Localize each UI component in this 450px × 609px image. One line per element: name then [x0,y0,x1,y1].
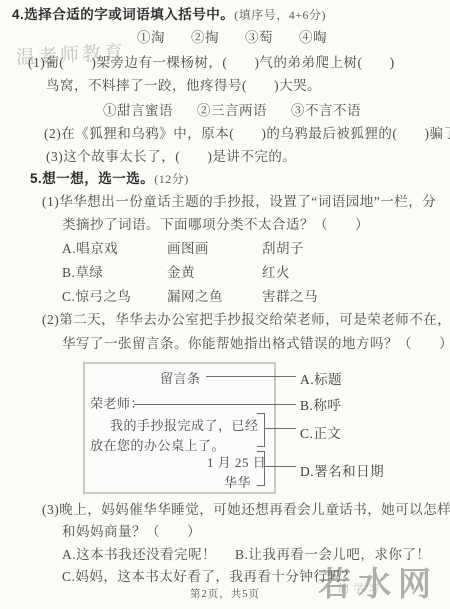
q5-choice-a1: A.唱京戏 [62,241,118,257]
note-title: 留言条 [160,368,201,387]
note-label-b: B.称呼 [300,394,341,414]
q4-item3: (3)这个故事太长了，( )是讲不完的。 [46,149,296,165]
q5-item2-line2: 华写了一张留言条。你能帮她指出格式错误的地方吗？（ ） [62,336,450,352]
q5-choice-b3: 红火 [262,265,290,281]
q4-word-option-2: ②三言两语 [197,103,267,119]
q5-header-note: (12分) [154,172,189,186]
note-body-line2: 放在您的办公桌上了。 [90,435,225,454]
q4-item1-line2: 鸟窝，不料摔了一跤，他疼得号( )大哭。 [46,78,321,94]
note-label-a: A.标题 [300,368,342,388]
q4-char-option-4: ④啕 [299,30,327,46]
q4-char-option-1: ①淘 [137,30,165,46]
connector-salutation-line [134,404,296,405]
q4-header: 4.选择合适的字或词语填入括号中。 [12,7,234,22]
q5-item1-line2: 类摘抄了词语。下面哪项分类不太合适？（ ） [62,217,369,233]
q4-header-note: (填序号，4+6分) [234,8,326,22]
q5-choice-a2: 画图画 [167,241,209,257]
note-salutation: 荣老师： [90,393,144,412]
q5-item3-choice-c: C.妈妈，这本书太好看了，我再看十分钟行吗？ [62,569,355,585]
q5-item1-line1: (1)华华想出一份童话主题的手抄报，设置了“词语园地”一栏，分 [42,194,436,210]
note-label-c: C.正文 [300,422,341,442]
q4-word-option-1: ①甜言蜜语 [103,103,173,119]
bracket-signature [257,451,265,486]
q5-choice-c3: 害群之马 [262,289,318,305]
q5-choice-c1: C.惊弓之鸟 [62,289,131,305]
q4-item2: (2)在《狐狸和乌鸦》中，原本( )的乌鸦最后被狐狸的( )骗了。 [44,126,450,142]
note-diagram: 留言条 A.标题 荣老师： B.称呼 我的手抄报完成了，已经 放在您的办公桌上了… [0,362,450,494]
connector-signature-line [264,466,296,467]
q5-choice-a3: 刮胡子 [262,241,304,257]
connector-body-line [264,428,296,429]
q5-item3-choice-a: A.这本书我还没看完呢！ [62,547,216,563]
q5-item3-line1: (3)晚上，妈妈催华华睡觉，可她还想再看会儿童话书，她可以怎样 [42,502,450,518]
bracket-body [257,413,265,447]
q4-word-option-3: ③不言不语 [291,103,361,119]
q5-choice-c2: 漏网之鱼 [167,289,223,305]
q4-char-option-3: ③萄 [245,30,273,46]
q5-header: 5.想一想，选一选。 [30,171,154,186]
q5-item3-line2: 和妈妈商量？（ ） [62,524,201,540]
note-body-line1: 我的手抄报完成了，已经 [110,415,259,434]
note-label-d: D.署名和日期 [300,460,384,480]
q4-char-option-2: ②掏 [191,30,219,46]
worksheet-page: 温老师教育 4.选择合适的字或词语填入括号中。(填序号，4+6分) ①淘 ②掏 … [0,0,450,609]
q5-item2-line1: (2)第二天，华华去办公室把手抄报交给荣老师，可是荣老师不在，华 [42,312,450,328]
q5-choice-b1: B.草绿 [62,265,103,281]
q5-choice-b2: 金黄 [167,265,195,281]
note-signature: 华华 [224,472,251,491]
q4-item1-line1: (1)葡( )架旁边有一棵杨树，( )气的弟弟爬上树( ) [28,55,395,71]
q5-header-line: 5.想一想，选一选。(12分) [30,171,189,187]
q4-header-line: 4.选择合适的字或词语填入括号中。(填序号，4+6分) [12,7,326,23]
watermark-site-slogan: 的学习 [338,580,383,596]
connector-title-line [206,376,296,377]
